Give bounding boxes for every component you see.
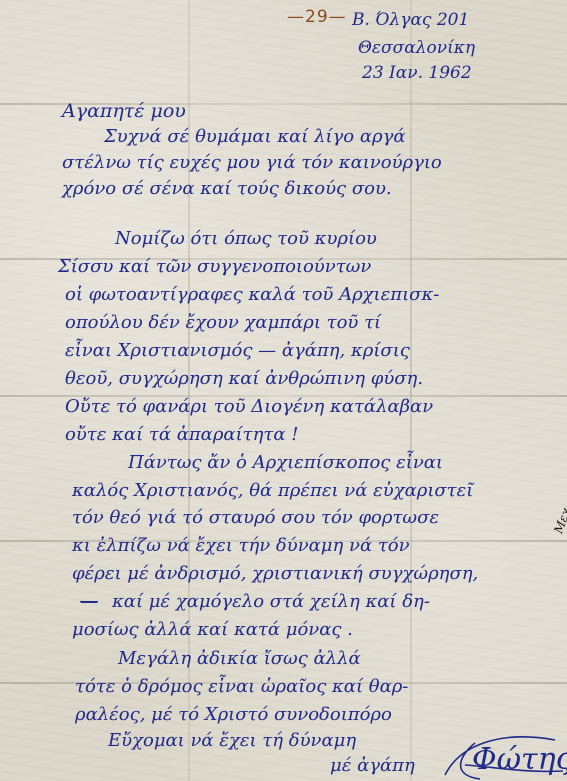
letter-date: 23 Ιαν. 1962 [362,63,472,83]
address-street: Β. Όλγας 201 [352,10,469,30]
margin-note: Μεχ. [551,503,567,536]
address-city: Θεσσαλονίκη [358,38,475,58]
letter-line: ραλέος, μέ τό Χριστό συνοδοιπόρο [75,704,392,725]
paper-fold-line [410,0,412,781]
letter-line: καί μέ χαμόγελο στά χείλη καί δη- [112,591,430,612]
letter-line: Οὔτε τό φανάρι τοῦ Διογένη κατάλαβαν [65,396,433,417]
letter-line: Σίσσυ καί τῶν συγγενοποιούντων [58,256,371,277]
letter-line: καλός Χριστιανός, θά πρέπει νά εὐχαριστε… [72,480,473,501]
strikethrough-mark: — [80,591,98,612]
letter-line: οἱ φωτοαντίγραφες καλά τοῦ Αρχιεπισκ- [65,284,439,305]
page-number: —29— [287,7,347,27]
letter-line: τότε ὁ δρόμος εἶναι ὡραῖος καί θαρ- [75,676,408,697]
letter-line: Νομίζω ότι όπως τοῦ κυρίου [115,228,377,249]
letter-page: —29— Β. Όλγας 201 Θεσσαλονίκη 23 Ιαν. 19… [0,0,567,781]
letter-line: στέλνω τίς ευχές μου γιά τόν καινούργιο [62,152,442,173]
letter-line: οπούλου δέν ἔχουν χαμπάρι τοῦ τί [65,312,381,333]
letter-line: Πάντως ἄν ὁ Αρχιεπίσκοπος εἶναι [128,452,443,473]
signature: Φώτης [472,742,567,777]
letter-line: Συχνά σέ θυμάμαι καί λίγο αργά [104,126,406,147]
letter-line: κι ἐλπίζω νά ἔχει τήν δύναμη νά τόν [72,535,410,556]
letter-line: χρόνο σέ σένα καί τούς δικούς σου. [62,178,392,199]
salutation: Αγαπητέ μου [62,100,186,122]
letter-line: θεοῦ, συγχώρηση καί ἀνθρώπινη φύση. [65,368,423,389]
closing: μέ ἀγάπη [330,755,415,776]
letter-line: εἶναι Χριστιανισμός — ἀγάπη, κρίσις [65,340,410,361]
letter-line: Εὔχομαι νά ἔχει τή δύναμη [108,730,356,751]
letter-line: τόν θεό γιά τό σταυρό σου τόν φορτωσε [72,507,439,528]
letter-line: οὔτε καί τά ἀπαραίτητα ! [65,424,298,445]
letter-line: μοσίως ἀλλά καί κατά μόνας . [72,619,353,640]
letter-line: φέρει μέ ἀνδρισμό, χριστιανική συγχώρηση… [72,563,478,584]
letter-line: Μεγάλη ἀδικία ἴσως ἀλλά [118,648,361,669]
